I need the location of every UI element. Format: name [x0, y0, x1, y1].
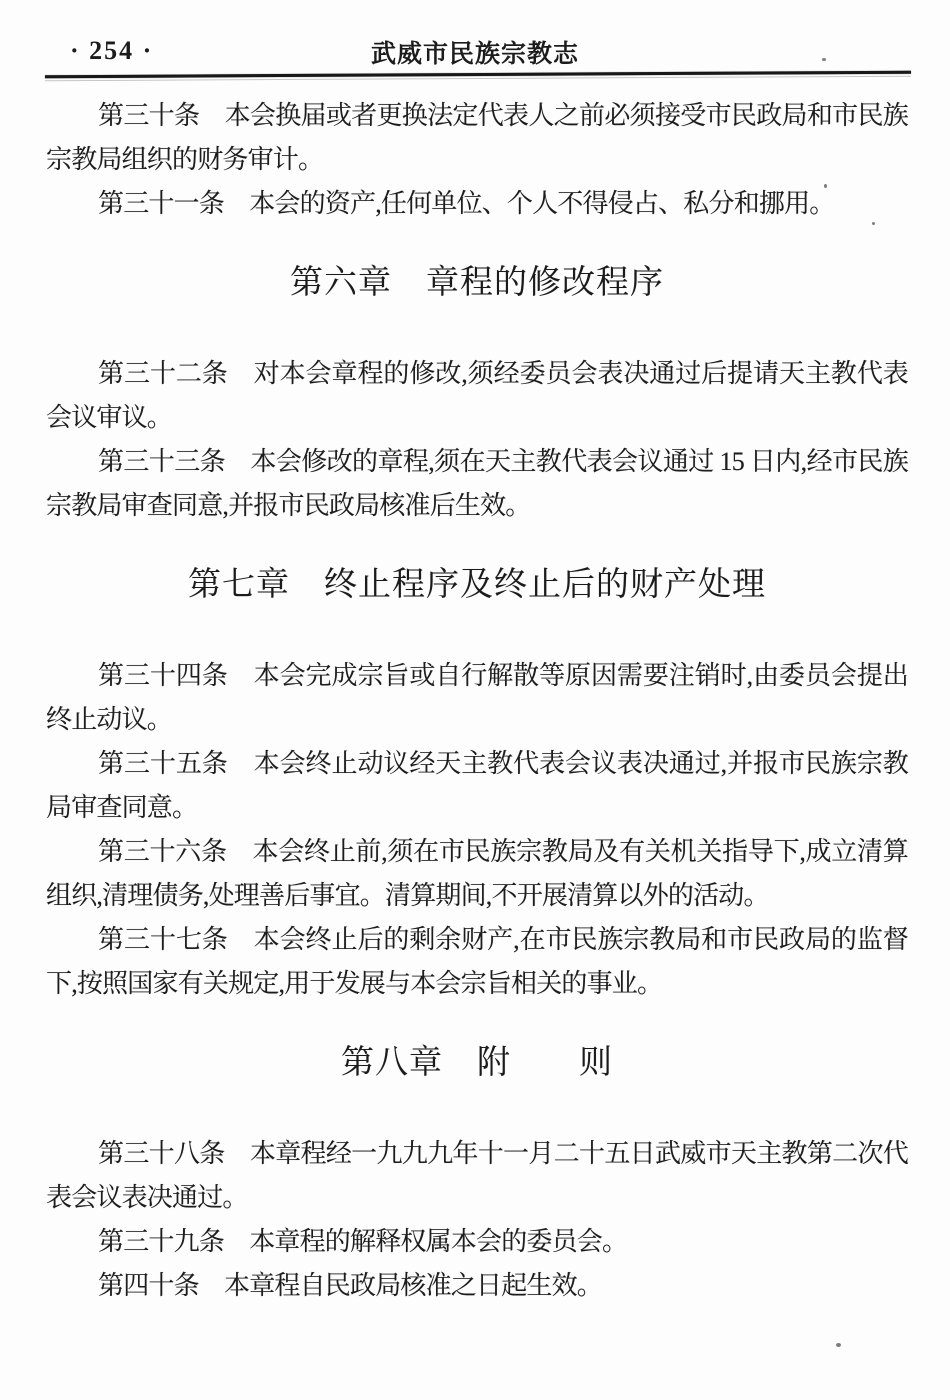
chapter-heading: 第八章 附 则 — [46, 1040, 908, 1086]
body-paragraph: 第三十二条 对本会章程的修改,须经委员会表决通过后提请天主教代表会议审议。 — [46, 352, 908, 440]
body-paragraph: 第三十七条 本会终止后的剩余财产,在市民族宗教局和市民政局的监督下,按照国家有关… — [46, 918, 908, 1006]
body-paragraph: 第三十一条 本会的资产,任何单位、个人不得侵占、私分和挪用。 — [46, 182, 908, 226]
body-paragraph: 第三十八条 本章程经一九九九年十一月二十五日武威市天主教第二次代表会议表决通过。 — [46, 1132, 908, 1220]
body-paragraph: 第四十条 本章程自民政局核准之日起生效。 — [46, 1264, 908, 1308]
scan-speck — [836, 1343, 841, 1347]
book-title: 武威市民族宗教志 — [0, 34, 950, 70]
body-paragraph: 第三十四条 本会完成宗旨或自行解散等原因需要注销时,由委员会提出终止动议。 — [46, 654, 908, 742]
body-paragraph: 第三十九条 本章程的解释权属本会的委员会。 — [46, 1220, 908, 1264]
scan-speck — [824, 184, 827, 188]
body-paragraph: 第三十条 本会换届或者更换法定代表人之前必须接受市民政局和市民族宗教局组织的财务… — [46, 94, 908, 182]
chapter-heading: 第六章 章程的修改程序 — [46, 260, 908, 306]
scanned-book-page: · 254 · 武威市民族宗教志 第三十条 本会换届或者更换法定代表人之前必须接… — [0, 0, 950, 1400]
chapter-heading: 第七章 终止程序及终止后的财产处理 — [46, 562, 908, 608]
body-paragraph: 第三十三条 本会修改的章程,须在天主教代表会议通过 15 日内,经市民族宗教局审… — [46, 440, 908, 528]
page-body: 第三十条 本会换届或者更换法定代表人之前必须接受市民政局和市民族宗教局组织的财务… — [46, 94, 908, 1308]
body-paragraph: 第三十五条 本会终止动议经天主教代表会议表决通过,并报市民族宗教局审查同意。 — [46, 742, 908, 830]
scan-speck — [822, 58, 826, 61]
scan-speck — [872, 222, 875, 225]
body-paragraph: 第三十六条 本会终止前,须在市民族宗教局及有关机关指导下,成立清算组织,清理债务… — [46, 830, 908, 918]
header-rule — [45, 71, 911, 84]
